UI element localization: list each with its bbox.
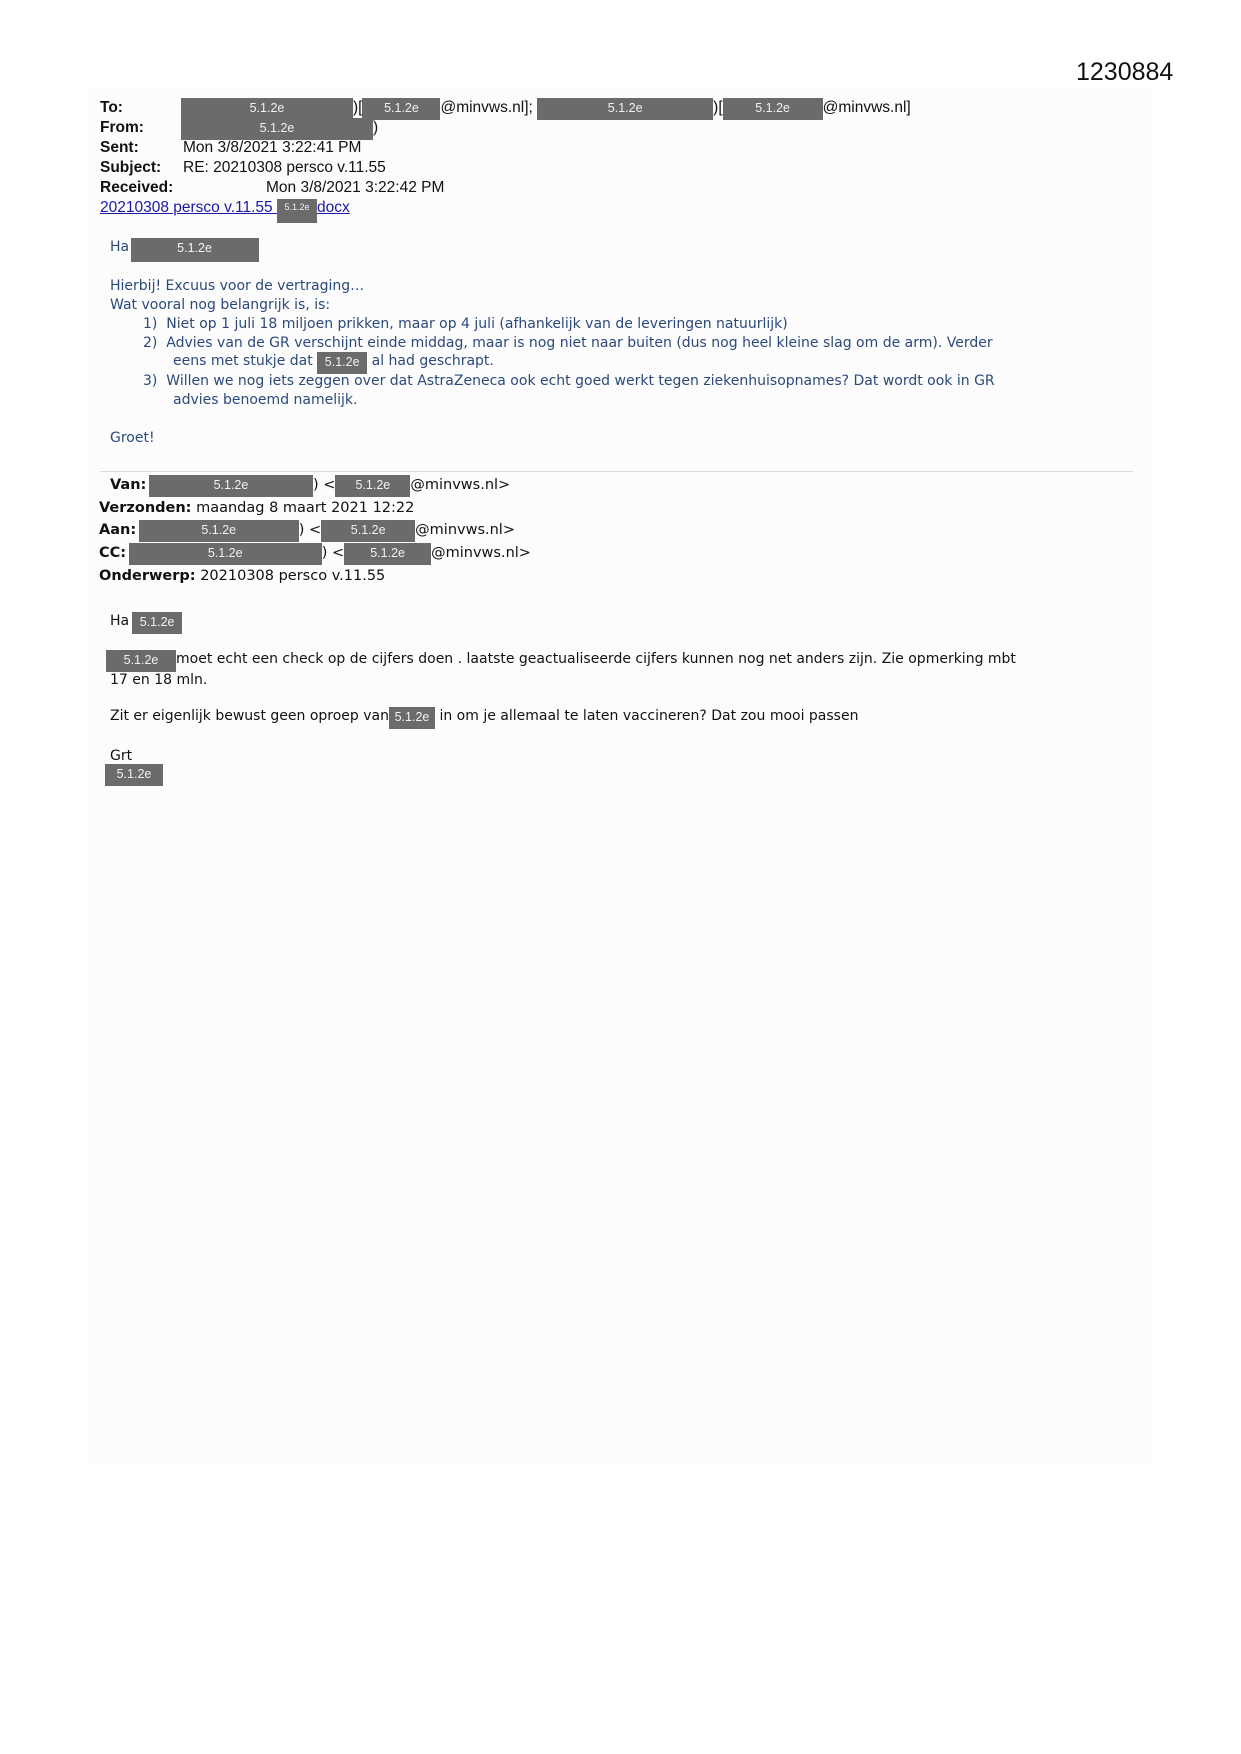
- redaction: 5.1.2e: [105, 764, 163, 786]
- header-subject-row: Subject:RE: 20210308 persco v.11.55: [100, 158, 386, 178]
- list-text: Advies van de GR verschijnt einde middag…: [166, 335, 992, 351]
- redaction: 5.1.2e: [537, 98, 713, 120]
- header-from-row: From:5.1.2e): [100, 118, 378, 140]
- message-separator: [100, 471, 1133, 472]
- aan-label: Aan:: [99, 522, 136, 538]
- redaction: 5.1.2e: [106, 650, 176, 672]
- van-separator: ) <: [313, 477, 335, 493]
- header-sent-row: Sent:Mon 3/8/2021 3:22:41 PM: [100, 138, 361, 158]
- list-number: 3): [143, 373, 157, 389]
- list-text: al had geschrapt.: [372, 353, 494, 369]
- received-label: Received:: [100, 178, 266, 198]
- redaction: 5.1.2e: [335, 475, 410, 497]
- to-label: To:: [100, 98, 183, 118]
- redaction: 5.1.2e: [129, 543, 322, 565]
- list-item: 3) Willen we nog iets zeggen over dat As…: [143, 372, 995, 391]
- aan-domain: @minvws.nl>: [415, 522, 515, 538]
- document-number: 1230884: [1076, 58, 1173, 87]
- redaction: 5.1.2e: [317, 352, 367, 374]
- original-greeting: Ha5.1.2e: [110, 612, 182, 634]
- cc-label: CC:: [99, 545, 126, 561]
- to-domain: @minvws.nl];: [440, 99, 532, 116]
- redaction: 5.1.2e: [321, 520, 415, 542]
- onderwerp-value: 20210308 persco v.11.55: [200, 568, 385, 584]
- list-item: 1) Niet op 1 juli 18 miljoen prikken, ma…: [143, 315, 788, 334]
- reply-line-2: Wat vooral nog belangrijk is, is:: [110, 296, 330, 315]
- greeting-text: Ha: [110, 239, 129, 255]
- redaction: 5.1.2e: [389, 707, 435, 729]
- redaction: 5.1.2e: [181, 118, 373, 140]
- forwarded-van-row: Van: 5.1.2e) <5.1.2e@minvws.nl>: [110, 475, 510, 497]
- reply-line-1: Hierbij! Excuus voor de vertraging…: [110, 277, 364, 296]
- redaction: 5.1.2e: [149, 475, 313, 497]
- sent-value: Mon 3/8/2021 3:22:41 PM: [183, 139, 361, 156]
- to-separator: )[: [353, 99, 362, 116]
- list-text: Willen we nog iets zeggen over dat Astra…: [166, 373, 994, 389]
- paragraph-text: Zit er eigenlijk bewust geen oproep van: [110, 708, 389, 724]
- subject-value: RE: 20210308 persco v.11.55: [183, 159, 386, 176]
- from-suffix: ): [373, 119, 378, 136]
- redaction: 5.1.2e: [362, 98, 440, 120]
- greeting-text: Ha: [110, 613, 129, 629]
- to-separator: )[: [713, 99, 722, 116]
- forwarded-cc-row: CC: 5.1.2e) <5.1.2e@minvws.nl>: [99, 543, 531, 565]
- redaction: 5.1.2e: [277, 199, 317, 223]
- aan-separator: ) <: [299, 522, 321, 538]
- forwarded-verzonden-row: Verzonden: maandag 8 maart 2021 12:22: [99, 498, 414, 519]
- list-item-continuation: advies benoemd namelijk.: [173, 391, 357, 410]
- van-domain: @minvws.nl>: [410, 477, 510, 493]
- list-number: 2): [143, 335, 157, 351]
- list-text: Niet op 1 juli 18 miljoen prikken, maar …: [166, 316, 787, 332]
- header-received-row: Received:Mon 3/8/2021 3:22:42 PM: [100, 178, 444, 198]
- redaction: 5.1.2e: [131, 238, 259, 262]
- original-paragraph-1-continuation: 17 en 18 mln.: [110, 671, 207, 690]
- attachment-name[interactable]: 20210308 persco v.11.55: [100, 199, 277, 216]
- header-to-row: To:5.1.2e)[5.1.2e@minvws.nl]; 5.1.2e)[5.…: [100, 98, 911, 120]
- from-label: From:: [100, 118, 183, 138]
- van-label: Van:: [110, 477, 146, 493]
- forwarded-aan-row: Aan: 5.1.2e) <5.1.2e@minvws.nl>: [99, 520, 515, 542]
- list-item-continuation: eens met stukje dat 5.1.2e al had geschr…: [173, 352, 494, 374]
- cc-domain: @minvws.nl>: [431, 545, 531, 561]
- original-signature: 5.1.2e: [105, 764, 163, 786]
- reply-closing: Groet!: [110, 429, 155, 448]
- paragraph-text: moet echt een check op de cijfers doen .…: [176, 651, 1016, 667]
- redaction: 5.1.2e: [132, 612, 182, 634]
- forwarded-onderwerp-row: Onderwerp: 20210308 persco v.11.55: [99, 566, 385, 587]
- cc-separator: ) <: [322, 545, 344, 561]
- list-number: 1): [143, 316, 157, 332]
- original-paragraph-1: 5.1.2emoet echt een check op de cijfers …: [106, 650, 1016, 672]
- onderwerp-label: Onderwerp:: [99, 568, 196, 584]
- redaction: 5.1.2e: [139, 520, 299, 542]
- to-domain: @minvws.nl]: [823, 99, 911, 116]
- subject-label: Subject:: [100, 158, 183, 178]
- sent-label: Sent:: [100, 138, 183, 158]
- verzonden-value: maandag 8 maart 2021 12:22: [196, 500, 414, 516]
- list-item: 2) Advies van de GR verschijnt einde mid…: [143, 334, 993, 353]
- redaction: 5.1.2e: [344, 543, 431, 565]
- reply-greeting: Ha 5.1.2e: [110, 238, 259, 262]
- attachment-extension[interactable]: docx: [317, 199, 350, 216]
- original-paragraph-2: Zit er eigenlijk bewust geen oproep van5…: [110, 707, 858, 729]
- redaction: 5.1.2e: [723, 98, 823, 120]
- redaction: 5.1.2e: [181, 98, 353, 120]
- attachment-link[interactable]: 20210308 persco v.11.55 5.1.2edocx: [100, 199, 350, 223]
- list-text: eens met stukje dat: [173, 353, 313, 369]
- paragraph-text: in om je allemaal te laten vaccineren? D…: [439, 708, 858, 724]
- verzonden-label: Verzonden:: [99, 500, 191, 516]
- received-value: Mon 3/8/2021 3:22:42 PM: [266, 179, 444, 196]
